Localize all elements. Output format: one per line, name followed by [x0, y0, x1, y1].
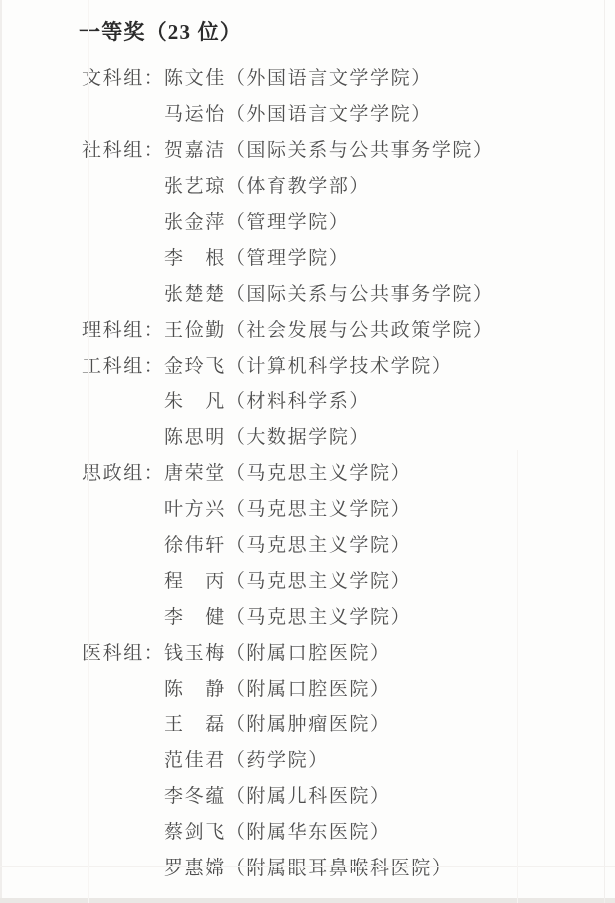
- winner-row: 李冬蕴（附属儿科医院）: [82, 777, 582, 813]
- winner-row: 理科组：王俭勤（社会发展与公共政策学院）: [82, 310, 582, 346]
- winner-department: （国际关系与公共事务学院）: [226, 279, 494, 306]
- winner-department: （计算机科学技术学院）: [226, 351, 453, 378]
- winner-department: （材料科学系）: [226, 386, 370, 413]
- winner-row: 陈 静（附属口腔医院）: [82, 669, 582, 705]
- winner-row: 文科组：陈文佳（外国语言文学学院）: [82, 59, 582, 95]
- winner-row: 李 健（马克思主义学院）: [82, 597, 582, 633]
- winner-department: （附属眼耳鼻喉科医院）: [226, 853, 453, 880]
- winner-name: 张金萍: [164, 207, 226, 234]
- group-label: 医科组：: [82, 638, 164, 665]
- winner-row: 范佳君（药学院）: [82, 741, 582, 777]
- winner-name: 范佳君: [164, 745, 226, 772]
- winner-row: 蔡剑飞（附属华东医院）: [82, 813, 582, 849]
- winner-department: （附属肿瘤医院）: [226, 709, 391, 736]
- winner-department: （马克思主义学院）: [226, 566, 411, 593]
- winner-department: （附属口腔医院）: [226, 674, 391, 701]
- winner-name: 蔡剑飞: [164, 817, 226, 844]
- winner-department: （马克思主义学院）: [226, 530, 411, 557]
- winner-row: 马运怡（外国语言文学学院）: [82, 95, 582, 131]
- winner-row: 张楚楚（国际关系与公共事务学院）: [82, 274, 582, 310]
- winner-department: （管理学院）: [226, 207, 350, 234]
- winner-row: 张艺琼（体育教学部）: [82, 167, 582, 203]
- scan-edge-bottom: [0, 898, 615, 903]
- winner-name: 程 丙: [164, 566, 226, 593]
- winner-row: 李 根（管理学院）: [82, 238, 582, 274]
- winner-department: （马克思主义学院）: [226, 458, 411, 485]
- group-label: 工科组：: [82, 351, 164, 378]
- winner-name: 李 健: [164, 602, 226, 629]
- winner-name: 叶方兴: [164, 494, 226, 521]
- winner-department: （药学院）: [226, 745, 329, 772]
- winner-department: （附属口腔医院）: [226, 638, 391, 665]
- winner-name: 张楚楚: [164, 279, 226, 306]
- winner-department: （管理学院）: [226, 243, 350, 270]
- winner-row: 程 丙（马克思主义学院）: [82, 561, 582, 597]
- winner-name: 钱玉梅: [164, 638, 226, 665]
- group-label: 文科组：: [82, 63, 164, 90]
- winner-name: 陈思明: [164, 422, 226, 449]
- winner-row: 王 磊（附属肿瘤医院）: [82, 705, 582, 741]
- winner-row: 徐伟轩（马克思主义学院）: [82, 526, 582, 562]
- winner-name: 唐荣堂: [164, 458, 226, 485]
- winner-name: 朱 凡: [164, 386, 226, 413]
- winner-name: 马运怡: [164, 99, 226, 126]
- winner-row: 工科组：金玲飞（计算机科学技术学院）: [82, 346, 582, 382]
- winner-name: 王俭勤: [164, 315, 226, 342]
- winner-department: （外国语言文学学院）: [226, 63, 432, 90]
- group-label: 社科组：: [82, 135, 164, 162]
- winner-name: 张艺琼: [164, 171, 226, 198]
- group-label: 理科组：: [82, 315, 164, 342]
- winner-name: 李 根: [164, 243, 226, 270]
- winner-name: 徐伟轩: [164, 530, 226, 557]
- award-title: 一等奖（23 位）: [79, 16, 242, 46]
- winner-row: 陈思明（大数据学院）: [82, 418, 582, 454]
- winner-name: 金玲飞: [164, 351, 226, 378]
- award-winner-list: 文科组：陈文佳（外国语言文学学院）马运怡（外国语言文学学院）社科组：贺嘉洁（国际…: [82, 59, 582, 884]
- winner-department: （马克思主义学院）: [226, 494, 411, 521]
- group-label: 思政组：: [82, 458, 164, 485]
- winner-department: （体育教学部）: [226, 171, 370, 198]
- winner-department: （社会发展与公共政策学院）: [226, 315, 494, 342]
- winner-name: 陈文佳: [164, 63, 226, 90]
- winner-department: （马克思主义学院）: [226, 602, 411, 629]
- winner-row: 朱 凡（材料科学系）: [82, 382, 582, 418]
- winner-name: 王 磊: [164, 709, 226, 736]
- winner-department: （附属华东医院）: [226, 817, 391, 844]
- winner-department: （国际关系与公共事务学院）: [226, 135, 494, 162]
- winner-row: 社科组：贺嘉洁（国际关系与公共事务学院）: [82, 131, 582, 167]
- winner-department: （附属儿科医院）: [226, 781, 391, 808]
- winner-row: 罗惠嫦（附属眼耳鼻喉科医院）: [82, 849, 582, 885]
- winner-name: 陈 静: [164, 674, 226, 701]
- scan-artifact-vline-2: [604, 0, 605, 903]
- winner-department: （大数据学院）: [226, 422, 370, 449]
- scan-edge-left: [0, 0, 2, 903]
- winner-row: 张金萍（管理学院）: [82, 203, 582, 239]
- winner-name: 贺嘉洁: [164, 135, 226, 162]
- scanned-document-page: 一等奖（23 位） 文科组：陈文佳（外国语言文学学院）马运怡（外国语言文学学院）…: [0, 0, 615, 903]
- winner-name: 李冬蕴: [164, 781, 226, 808]
- winner-department: （外国语言文学学院）: [226, 99, 432, 126]
- winner-row: 思政组：唐荣堂（马克思主义学院）: [82, 454, 582, 490]
- winner-name: 罗惠嫦: [164, 853, 226, 880]
- winner-row: 医科组：钱玉梅（附属口腔医院）: [82, 633, 582, 669]
- winner-row: 叶方兴（马克思主义学院）: [82, 490, 582, 526]
